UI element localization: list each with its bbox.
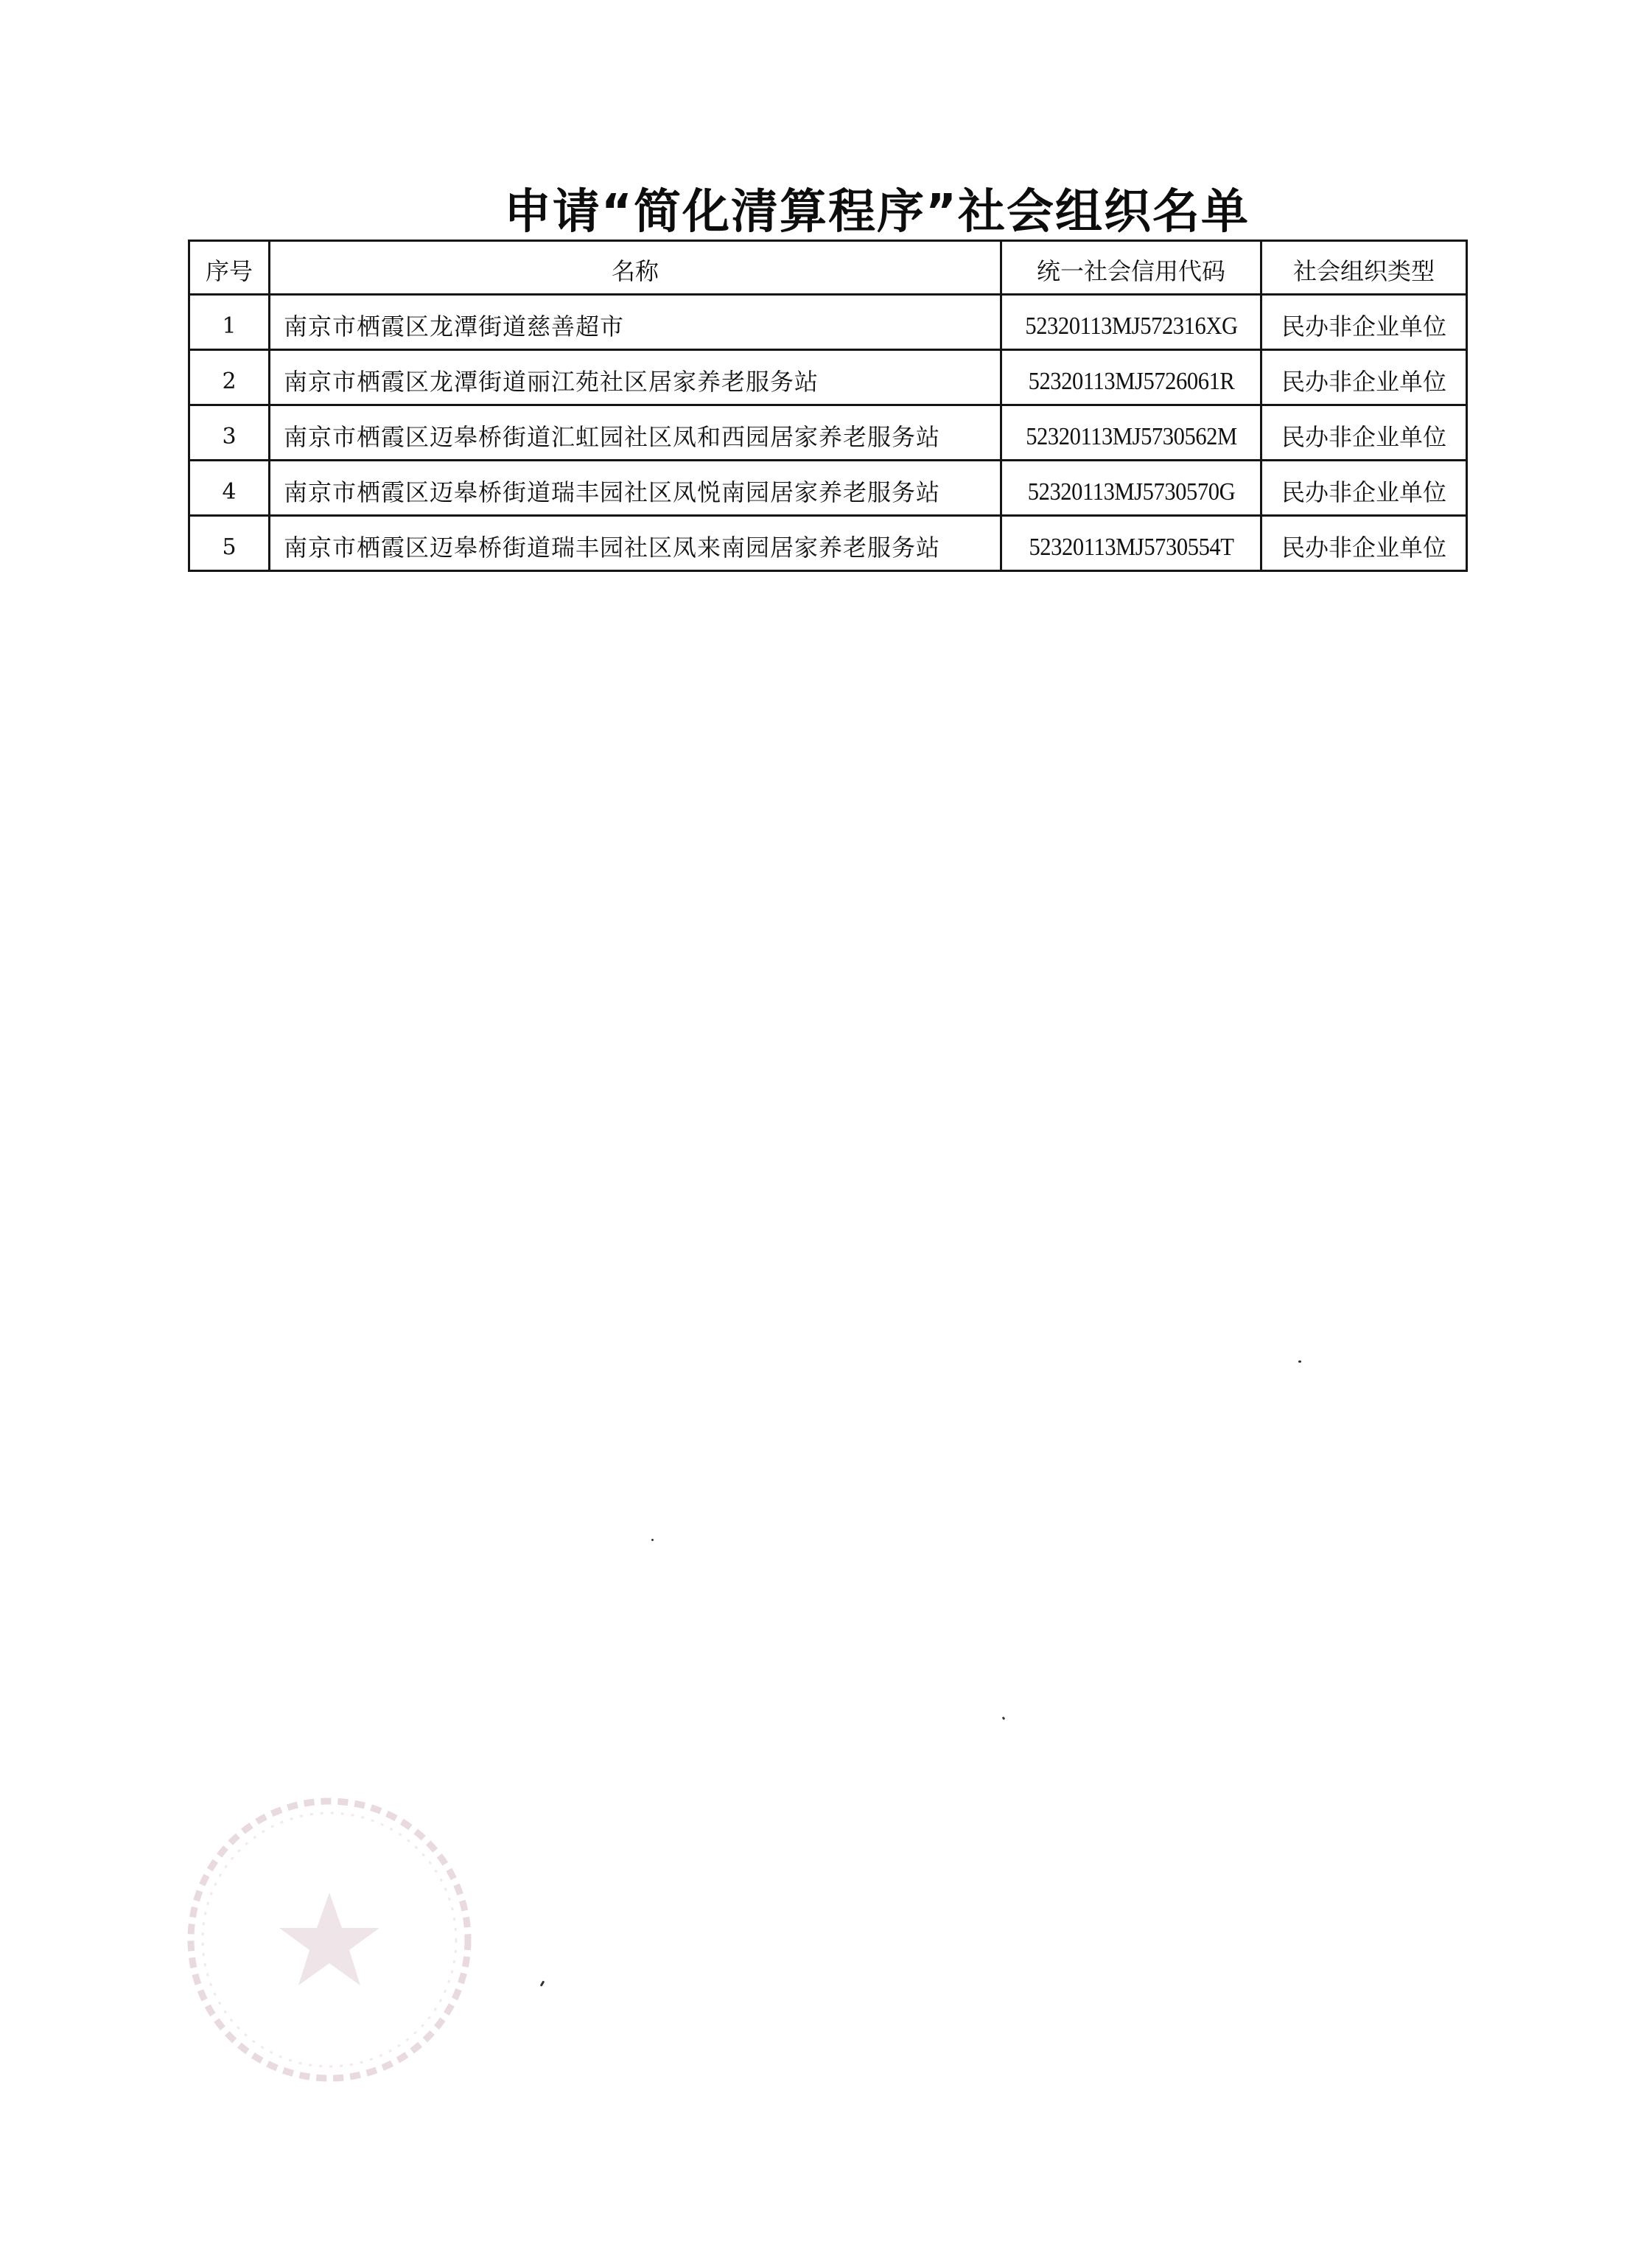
row-seq: 1 [189, 295, 270, 350]
table-row: 3 南京市栖霞区迈皋桥街道汇虹园社区凤和西园居家养老服务站 52320113MJ… [189, 405, 1467, 461]
official-seal [181, 1791, 478, 2089]
organization-table: 序号 名称 统一社会信用代码 社会组织类型 1 南京市栖霞区龙潭街道慈善超市 5… [188, 240, 1468, 572]
row-seq: 2 [189, 350, 270, 405]
row-code: 52320113MJ572316XG [1014, 295, 1248, 350]
row-code: 52320113MJ5730570G [1014, 461, 1248, 516]
scan-speck [651, 1539, 654, 1541]
row-code: 52320113MJ5726061R [1014, 350, 1248, 405]
row-name: 南京市栖霞区迈皋桥街道汇虹园社区凤和西园居家养老服务站 [270, 405, 1001, 461]
row-type: 民办非企业单位 [1261, 516, 1467, 571]
row-name: 南京市栖霞区龙潭街道慈善超市 [270, 295, 1001, 350]
row-code: 52320113MJ5730554T [1014, 516, 1248, 571]
row-name: 南京市栖霞区龙潭街道丽江苑社区居家养老服务站 [270, 350, 1001, 405]
seal-graphic [181, 1791, 478, 2089]
header-code: 统一社会信用代码 [1001, 241, 1261, 295]
row-type: 民办非企业单位 [1261, 295, 1467, 350]
row-type: 民办非企业单位 [1261, 405, 1467, 461]
row-seq: 3 [189, 405, 270, 461]
row-name: 南京市栖霞区迈皋桥街道瑞丰园社区凤悦南园居家养老服务站 [270, 461, 1001, 516]
scan-speck [1002, 1716, 1006, 1720]
star-icon [279, 1893, 379, 1985]
table-row: 2 南京市栖霞区龙潭街道丽江苑社区居家养老服务站 52320113MJ57260… [189, 350, 1467, 405]
row-seq: 5 [189, 516, 270, 571]
header-name: 名称 [270, 241, 1001, 295]
row-code: 52320113MJ5730562M [1014, 405, 1248, 461]
header-seq: 序号 [189, 241, 270, 295]
header-type: 社会组织类型 [1261, 241, 1467, 295]
row-type: 民办非企业单位 [1261, 350, 1467, 405]
table-row: 5 南京市栖霞区迈皋桥街道瑞丰园社区凤来南园居家养老服务站 52320113MJ… [189, 516, 1467, 571]
row-type: 民办非企业单位 [1261, 461, 1467, 516]
table-header-row: 序号 名称 统一社会信用代码 社会组织类型 [189, 241, 1467, 295]
table-row: 4 南京市栖霞区迈皋桥街道瑞丰园社区凤悦南园居家养老服务站 52320113MJ… [189, 461, 1467, 516]
document-title: 申请“简化清算程序”社会组织名单 [0, 174, 1652, 242]
scan-speck [540, 1980, 545, 1986]
row-seq: 4 [189, 461, 270, 516]
row-name: 南京市栖霞区迈皋桥街道瑞丰园社区凤来南园居家养老服务站 [270, 516, 1001, 571]
table-row: 1 南京市栖霞区龙潭街道慈善超市 52320113MJ572316XG 民办非企… [189, 295, 1467, 350]
scan-speck [1298, 1360, 1301, 1363]
